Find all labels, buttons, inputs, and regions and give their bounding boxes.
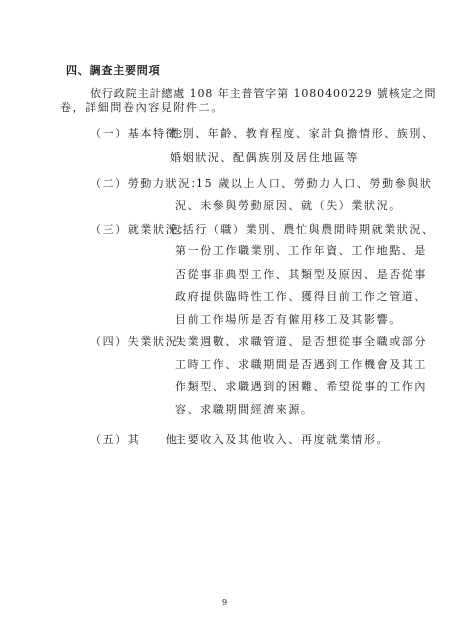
item-4-line-1: 失業週數、求職管道、是否想從事全職或部分	[175, 335, 427, 349]
item-3-line-3: 否從事非典型工作、其類型及原因、是否從事	[175, 268, 427, 282]
item-3-line-5: 目前工作場所是否有僱用移工及其影響。	[175, 313, 402, 327]
item-1-line-2: 婚姻狀況、配偶族別及居住地區等	[170, 151, 359, 165]
item-5-line-1: 主要收入及其他收入、再度就業情形。	[175, 433, 389, 447]
item-4-line-2: 工時工作、求職期間是否遇到工作機會及其工	[175, 358, 427, 372]
intro-line-1: 依行政院主計總處 108 年主普管字第 1080400229 號核定之問	[90, 87, 436, 101]
item-3-line-4: 政府提供臨時性工作、獲得目前工作之管道、	[175, 290, 427, 304]
item-3-line-2: 第一份工作職業別、工作年資、工作地點、是	[175, 244, 427, 258]
item-2-label: （二）勞動力狀況：	[90, 177, 203, 191]
page-number: 9	[222, 598, 227, 607]
item-2-line-1: 15 歲以上人口、勞動力人口、勞動參與狀	[196, 177, 433, 191]
item-1-line-1: 性別、年齡、教育程度、家計負擔情形、族別、	[170, 127, 435, 141]
section-heading: 四、調查主要問項	[66, 64, 160, 78]
item-4-line-4: 容、求職期間經濟來源。	[175, 403, 314, 417]
item-3-line-1: 包括行（職）業別、農忙與農閒時期就業狀況、	[170, 223, 435, 237]
intro-line-2: 卷，詳細問卷內容見附件二。	[60, 101, 224, 115]
item-2-line-2: 況、未參與勞動原因、就（失）業狀況。	[175, 199, 402, 213]
item-4-line-3: 作類型、求職遇到的困難、希望從事的工作內	[175, 380, 427, 394]
